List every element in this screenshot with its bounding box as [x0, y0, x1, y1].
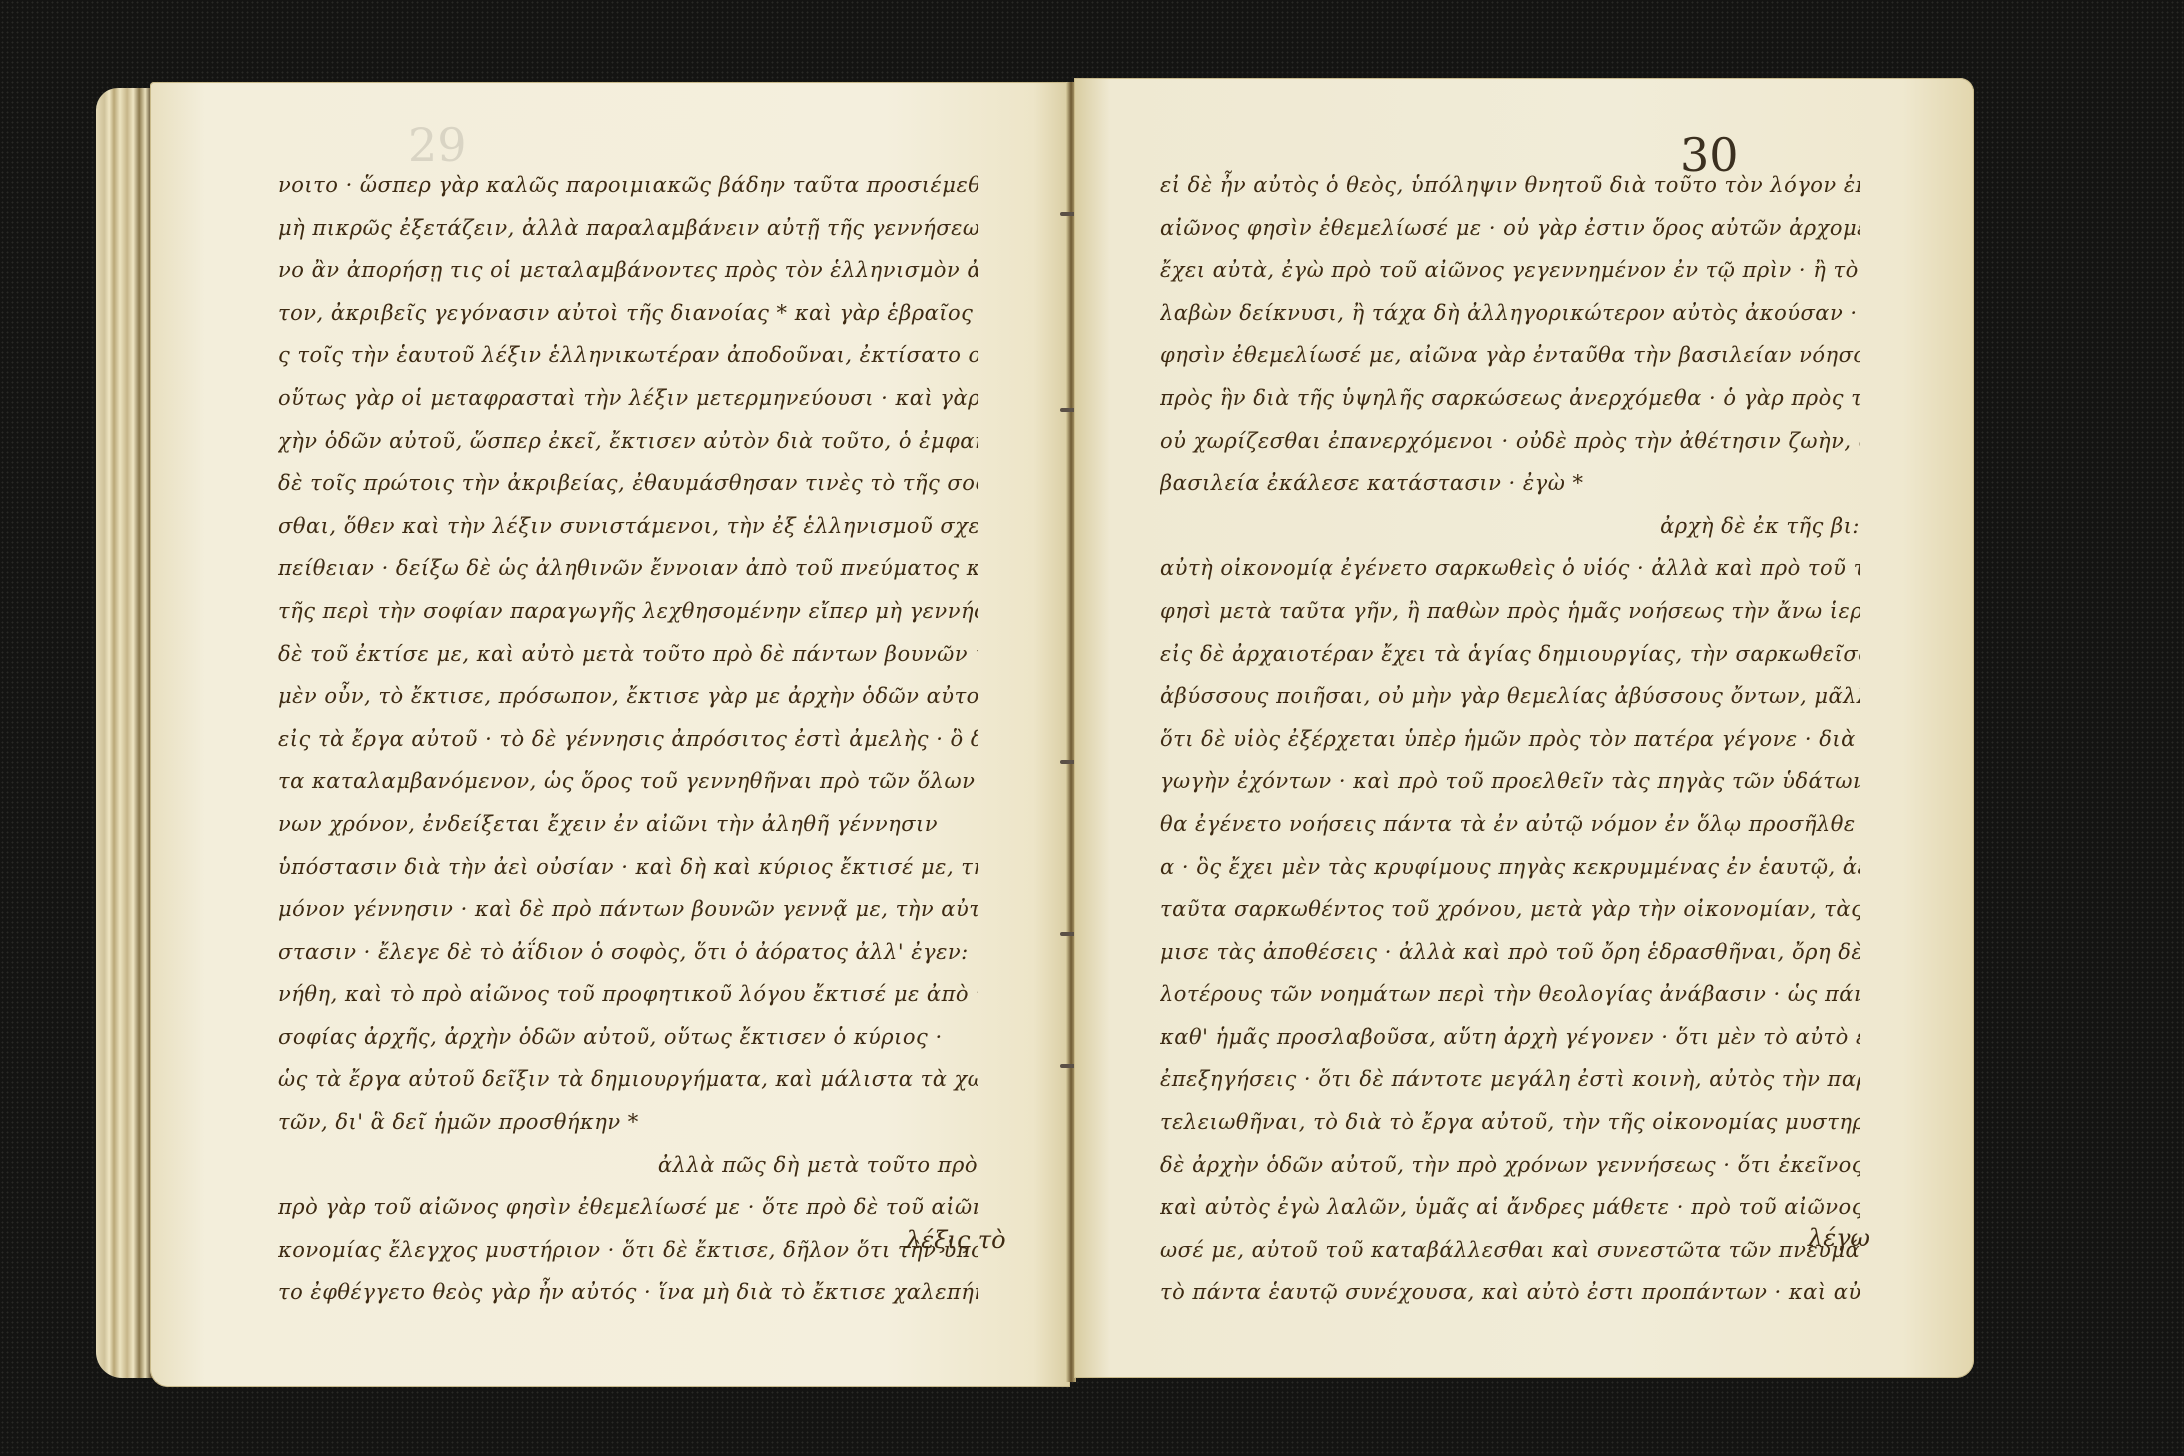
text-line: μὲν οὖν, τὸ ἔκτισε, πρόσωπον, ἔκτισε γὰρ…	[278, 675, 978, 718]
text-line: φησὶ μετὰ ταῦτα γῆν, ἢ παθὼν πρὸς ἡμᾶς ν…	[1160, 590, 1860, 633]
text-line: βασιλεία ἐκάλεσε κατάστασιν · ἐγὼ *	[1160, 462, 1860, 505]
text-line: ὅτι δὲ υἱὸς ἐξέρχεται ὑπὲρ ἡμῶν πρὸς τὸν…	[1160, 718, 1860, 761]
text-line: εἰ δὲ ἦν αὐτὸς ὁ θεὸς, ὑπόληψιν θνητοῦ δ…	[1160, 164, 1860, 207]
text-line: ς τοῖς τὴν ἑαυτοῦ λέξιν ἑλληνικωτέραν ἀπ…	[278, 334, 978, 377]
text-line: το ἐφθέγγετο θεὸς γὰρ ἦν αὐτός · ἵνα μὴ …	[278, 1271, 978, 1314]
text-line: τα καταλαμβανόμενον, ὡς ὅρος τοῦ γεννηθῆ…	[278, 760, 978, 803]
text-line: σθαι, ὅθεν καὶ τὴν λέξιν συνιστάμενοι, τ…	[278, 505, 978, 548]
text-line: νων χρόνον, ἐνδείξεται ἔχειν ἐν αἰῶνι τὴ…	[278, 803, 978, 846]
text-line: σοφίας ἀρχῆς, ἀρχὴν ὁδῶν αὐτοῦ, οὕτως ἔκ…	[278, 1016, 978, 1059]
text-line: τῆς περὶ τὴν σοφίαν παραγωγῆς λεχθησομέν…	[278, 590, 978, 633]
text-line: οὐ χωρίζεσθαι ἐπανερχόμενοι · οὐδὲ πρὸς …	[1160, 420, 1860, 463]
text-line: τον, ἀκριβεῖς γεγόνασιν αὐτοὶ τῆς διανοί…	[278, 292, 978, 335]
text-line: μὴ πικρῶς ἐξετάζειν, ἀλλὰ παραλαμβάνειν …	[278, 207, 978, 250]
text-line: στασιν · ἔλεγε δὲ τὸ ἀΐδιον ὁ σοφὸς, ὅτι…	[278, 931, 978, 974]
text-line: τὸ πάντα ἑαυτῷ συνέχουσα, καὶ αὐτὸ ἐστι …	[1160, 1271, 1860, 1314]
text-line: α · ὃς ἔχει μὲν τὰς κρυφίμους πηγὰς κεκρ…	[1160, 846, 1860, 889]
text-line: φησὶν ἐθεμελίωσέ με, αἰῶνα γὰρ ἐνταῦθα τ…	[1160, 334, 1860, 377]
text-line: τῶν, δι' ἃ δεῖ ἡμῶν προσθήκην *	[278, 1101, 978, 1144]
text-line: ἀλλὰ πῶς δὴ μετὰ τοῦτο πρὸ	[278, 1144, 978, 1187]
text-line: λαβὼν δείκνυσι, ἢ τάχα δὴ ἀλληγορικώτερο…	[1160, 292, 1860, 335]
left-page-text: νοιτο · ὥσπερ γὰρ καλῶς παροιμιακῶς βάδη…	[278, 164, 978, 1314]
text-line: λοτέρους τῶν νοημάτων περὶ τὴν θεολογίας…	[1160, 973, 1860, 1016]
text-line: εἰς τὰ ἔργα αὐτοῦ · τὸ δὲ γέννησις ἀπρόσ…	[278, 718, 978, 761]
open-manuscript: 29 30 νοιτο · ὥσπερ γὰρ καλῶς παροιμιακῶ…	[0, 0, 2184, 1456]
text-line: τελειωθῆναι, τὸ διὰ τὸ ἔργα αὐτοῦ, τὴν τ…	[1160, 1101, 1860, 1144]
text-line: αὐτὴ οἰκονομίᾳ ἐγένετο σαρκωθεὶς ὁ υἱός …	[1160, 547, 1860, 590]
text-line: γωγὴν ἐχόντων · καὶ πρὸ τοῦ προελθεῖν τὰ…	[1160, 760, 1860, 803]
text-line: ωσέ με, αὐτοῦ τοῦ καταβάλλεσθαι καὶ συνε…	[1160, 1229, 1860, 1272]
text-line: νοιτο · ὥσπερ γὰρ καλῶς παροιμιακῶς βάδη…	[278, 164, 978, 207]
text-line: ἀβύσσους ποιῆσαι, οὐ μὴν γὰρ θεμελίας ἀβ…	[1160, 675, 1860, 718]
text-line: χὴν ὁδῶν αὐτοῦ, ὥσπερ ἐκεῖ, ἔκτισεν αὐτὸ…	[278, 420, 978, 463]
text-line: δὲ ἀρχὴν ὁδῶν αὐτοῦ, τὴν πρὸ χρόνων γενν…	[1160, 1144, 1860, 1187]
text-line: μισε τὰς ἀποθέσεις · ἀλλὰ καὶ πρὸ τοῦ ὄρ…	[1160, 931, 1860, 974]
text-line: δὲ τοῦ ἐκτίσε με, καὶ αὐτὸ μετὰ τοῦτο πρ…	[278, 633, 978, 676]
text-line: οὕτως γὰρ οἱ μεταφρασταὶ τὴν λέξιν μετερ…	[278, 377, 978, 420]
text-line: ἀρχὴ δὲ ἐκ τῆς βι:	[1160, 505, 1860, 548]
text-line: πρὸς ἣν διὰ τῆς ὑψηλῆς σαρκώσεως ἀνερχόμ…	[1160, 377, 1860, 420]
catchword: λέξις τὸ	[906, 1226, 1006, 1254]
page-edges	[96, 88, 156, 1378]
text-line: αἰῶνος φησὶν ἐθεμελίωσέ με · οὐ γὰρ ἐστι…	[1160, 207, 1860, 250]
right-page-text: εἰ δὲ ἦν αὐτὸς ὁ θεὸς, ὑπόληψιν θνητοῦ δ…	[1160, 164, 1860, 1314]
text-line: νο ἂν ἀπορήσῃ τις οἱ μεταλαμβάνοντες πρὸ…	[278, 249, 978, 292]
text-line: ἐπεξηγήσεις · ὅτι δὲ πάντοτε μεγάλη ἐστὶ…	[1160, 1058, 1860, 1101]
text-line: ἔχει αὐτὰ, ἐγὼ πρὸ τοῦ αἰῶνος γεγεννημέν…	[1160, 249, 1860, 292]
text-line: πρὸ γὰρ τοῦ αἰῶνος φησὶν ἐθεμελίωσέ με ·…	[278, 1186, 978, 1229]
text-line: θα ἐγένετο νοήσεις πάντα τὰ ἐν αὐτῷ νόμο…	[1160, 803, 1860, 846]
text-line: δὲ τοῖς πρώτοις τὴν ἀκριβείας, ἐθαυμάσθη…	[278, 462, 978, 505]
text-line: εἰς δὲ ἀρχαιοτέραν ἔχει τὰ ἁγίας δημιουρ…	[1160, 633, 1860, 676]
text-line: νήθη, καὶ τὸ πρὸ αἰῶνος τοῦ προφητικοῦ λ…	[278, 973, 978, 1016]
text-line: κονομίας ἔλεγχος μυστήριον · ὅτι δὲ ἔκτι…	[278, 1229, 978, 1272]
text-line: ὡς τὰ ἔργα αὐτοῦ δεῖξιν τὰ δημιουργήματα…	[278, 1058, 978, 1101]
catchword: λέγω	[1808, 1224, 1870, 1252]
text-line: ὑπόστασιν διὰ τὴν ἀεὶ οὐσίαν · καὶ δὴ κα…	[278, 846, 978, 889]
text-line: καὶ αὐτὸς ἐγὼ λαλῶν, ὑμᾶς αἱ ἄνδρες μάθε…	[1160, 1186, 1860, 1229]
text-line: καθ' ἡμᾶς προσλαβοῦσα, αὕτη ἀρχὴ γέγονεν…	[1160, 1016, 1860, 1059]
text-line: μόνον γέννησιν · καὶ δὲ πρὸ πάντων βουνῶ…	[278, 888, 978, 931]
text-line: πείθειαν · δείξω δὲ ὡς ἀληθινῶν ἔννοιαν …	[278, 547, 978, 590]
text-line: ταῦτα σαρκωθέντος τοῦ χρόνου, μετὰ γὰρ τ…	[1160, 888, 1860, 931]
